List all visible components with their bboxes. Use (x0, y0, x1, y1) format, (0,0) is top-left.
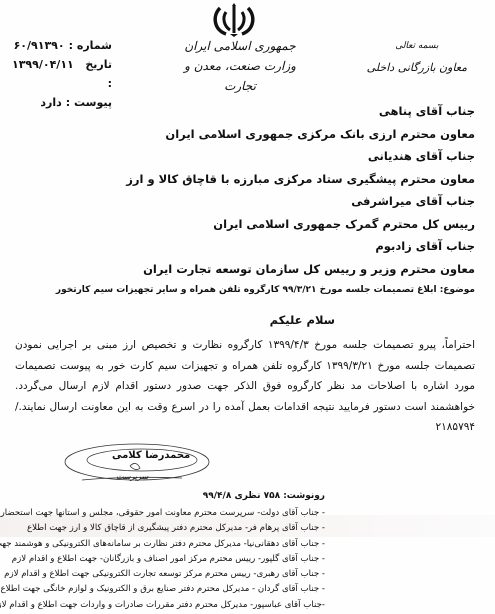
cc-list: - جناب آقای دولت- سرپرست محترم معاونت ام… (5, 506, 325, 613)
department-header: بسمه تعالی معاون بازرگانی داخلی (367, 38, 467, 82)
number-label: شماره : (69, 36, 112, 55)
ministry-name: وزارت صنعت، معدن و تجارت (170, 56, 310, 96)
letter-body: احتراماً، پیرو تصمیمات جلسه مورخ ۱۳۹۹/۴/… (15, 335, 475, 438)
recipient-name: جناب آقای پناهی (15, 100, 475, 123)
date-value: ۱۳۹۹/۰۴/۱۱ (12, 55, 74, 93)
cc-heading: رونوشت: ۷۵۸ نظری ۹۹/۴/۸ (203, 491, 325, 501)
bismillah: بسمه تعالی (367, 38, 467, 54)
signature-block: محمدرضا کلامی سرپرست (62, 436, 212, 496)
signer-title: سرپرست (116, 472, 148, 481)
recipients-list: جناب آقای پناهی معاون محترم ارزی بانک مر… (15, 100, 475, 280)
letter-subject: موضوع: ابلاغ تصمیمات جلسه مورخ ۹۹/۳/۲۱ ک… (5, 285, 475, 295)
cc-item: - جناب آقای گردان - مدیرکل محترم دفتر صن… (5, 582, 325, 597)
department-name: معاون بازرگانی داخلی (367, 54, 467, 82)
greeting: سلام علیکم (270, 313, 335, 327)
cc-item: - جناب آقای گلپور- رییس محترم مرکز امور … (5, 552, 325, 567)
cc-item: - جناب آقای دهقانی‌نیا- مدیرکل محترم دفت… (5, 537, 325, 552)
signer-name: محمدرضا کلامی (112, 450, 190, 461)
signature-stroke-icon (62, 436, 212, 496)
cc-item: -جناب آقای عباسپور- مدیرکل محترم دفتر مق… (5, 598, 325, 613)
country-name: جمهوری اسلامی ایران (170, 36, 310, 56)
number-value: ۶۰/۹۱۳۹۰ (14, 36, 65, 55)
date-label: تاریخ : (78, 55, 112, 93)
letter-date: تاریخ : ۱۳۹۹/۰۴/۱۱ (12, 55, 112, 93)
recipient-title: رییس کل محترم گمرک جمهوری اسلامی ایران (15, 213, 475, 236)
letter-number: شماره : ۶۰/۹۱۳۹۰ (12, 36, 112, 55)
cc-item: - جناب آقای رهبری- رییس محترم مرکز توسعه… (5, 567, 325, 582)
cc-item: - جناب آقای پرهام فر- مدیرکل محترم دفتر … (5, 521, 325, 536)
recipient-name: جناب آقای هندیانی (15, 145, 475, 168)
recipient-title: معاون محترم وزیر و رییس کل سازمان توسعه … (15, 258, 475, 281)
iran-emblem-icon (210, 2, 258, 38)
recipient-name: جناب آقای میراشرفی (15, 190, 475, 213)
recipient-title: معاون محترم پیشگیری ستاد مرکزی مبارزه با… (15, 168, 475, 191)
recipient-title: معاون محترم ارزی بانک مرکزی جمهوری اسلام… (15, 123, 475, 146)
letter-page: جمهوری اسلامی ایران وزارت صنعت، معدن و ت… (0, 0, 495, 614)
ministry-header: جمهوری اسلامی ایران وزارت صنعت، معدن و ت… (170, 36, 310, 96)
cc-item: - جناب آقای دولت- سرپرست محترم معاونت ام… (5, 506, 325, 521)
recipient-name: جناب آقای زادبوم (15, 235, 475, 258)
